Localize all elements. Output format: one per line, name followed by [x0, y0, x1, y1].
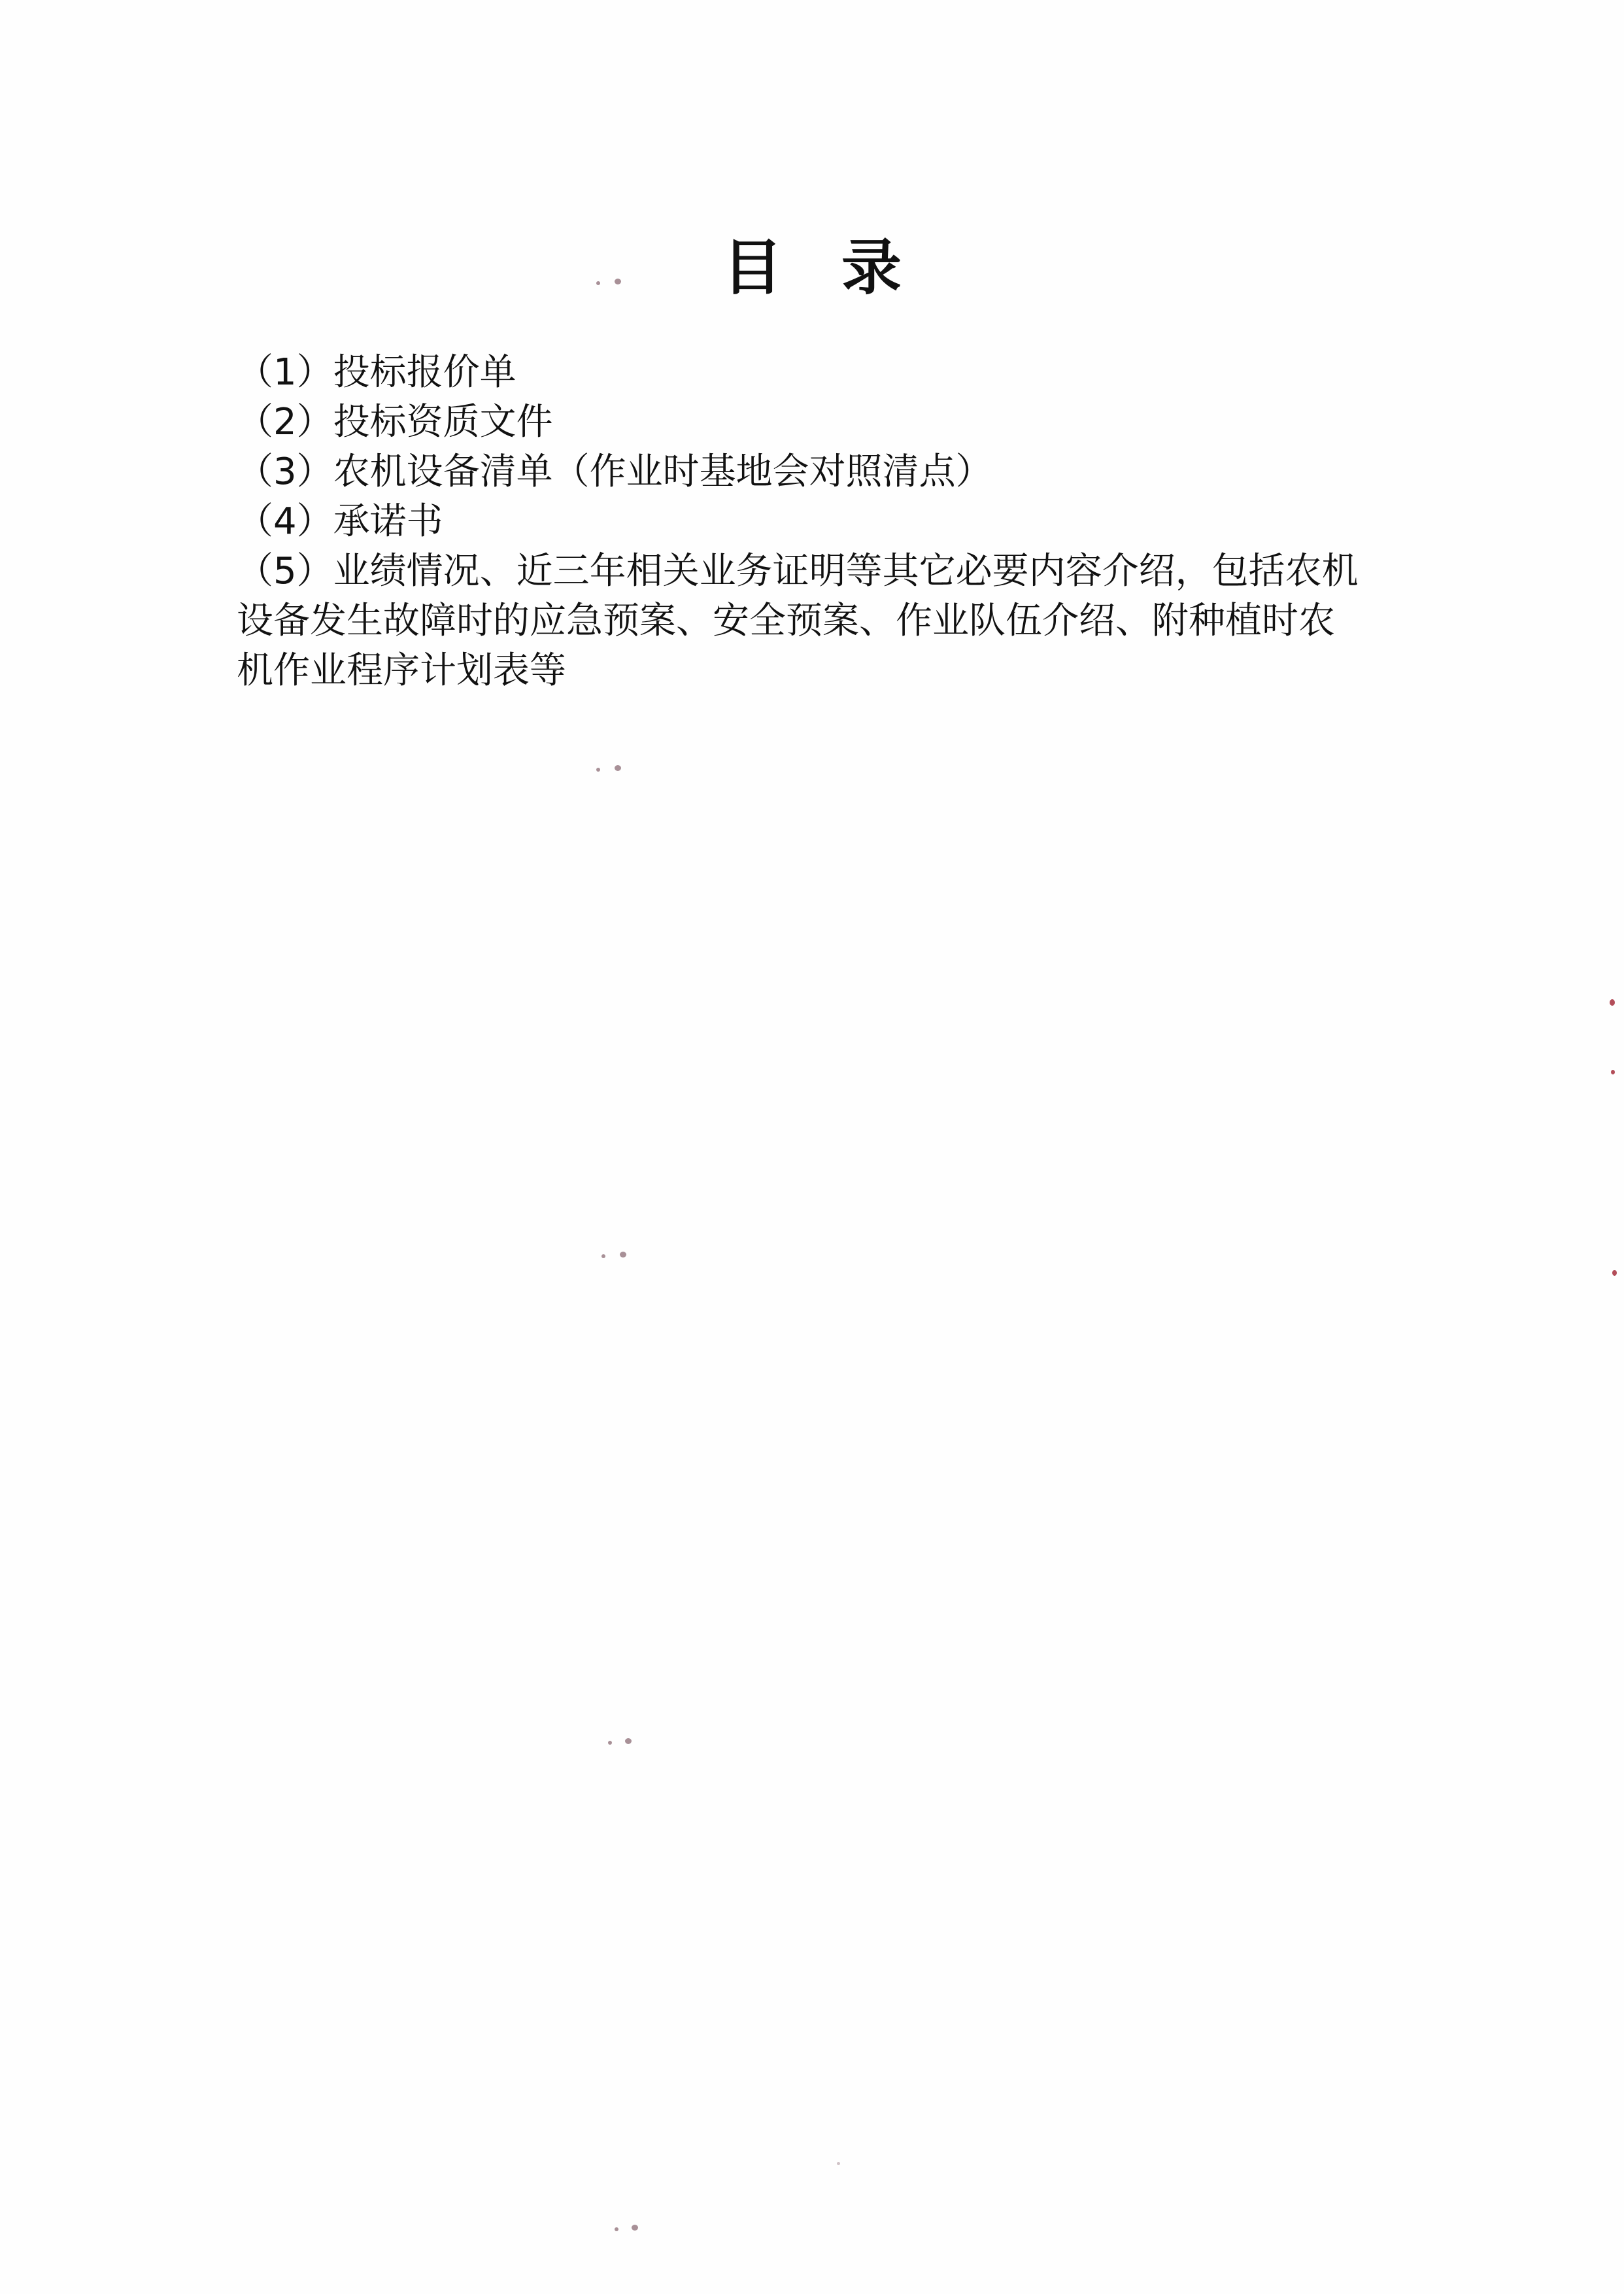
document-page: 目录 （1）投标报价单 （2）投标资质文件 （3）农机设备清单（作业时基地会对照…: [0, 0, 1624, 2294]
toc-item-3: （3）农机设备清单（作业时基地会对照清点）: [237, 447, 1361, 497]
scan-speck: [1610, 999, 1615, 1006]
scan-speck: [1611, 1070, 1615, 1074]
page-title: 目录: [0, 229, 1624, 307]
table-of-contents: （1）投标报价单 （2）投标资质文件 （3）农机设备清单（作业时基地会对照清点）…: [237, 348, 1361, 696]
title-char-2: 录: [841, 233, 902, 303]
scan-speck: [608, 1741, 612, 1745]
scan-speck: [625, 1738, 632, 1744]
title-char-1: 目: [722, 233, 783, 303]
toc-item-5: （5）业绩情况、近三年相关业务证明等其它必要内容介绍，包括农机设备发生故障时的应…: [237, 547, 1361, 696]
scan-speck: [632, 2225, 638, 2231]
scan-speck: [615, 2227, 618, 2231]
toc-item-2: （2）投标资质文件: [237, 398, 1361, 447]
scan-speck: [596, 281, 600, 285]
scan-speck: [596, 768, 600, 772]
toc-item-1: （1）投标报价单: [237, 348, 1361, 398]
scan-speck: [601, 1254, 605, 1258]
scan-speck: [615, 279, 621, 284]
scan-speck: [1612, 1270, 1617, 1276]
toc-item-4: （4）承诺书: [237, 497, 1361, 547]
scan-speck: [620, 1252, 626, 1258]
scan-speck: [615, 765, 621, 771]
scan-speck: [837, 2162, 840, 2165]
